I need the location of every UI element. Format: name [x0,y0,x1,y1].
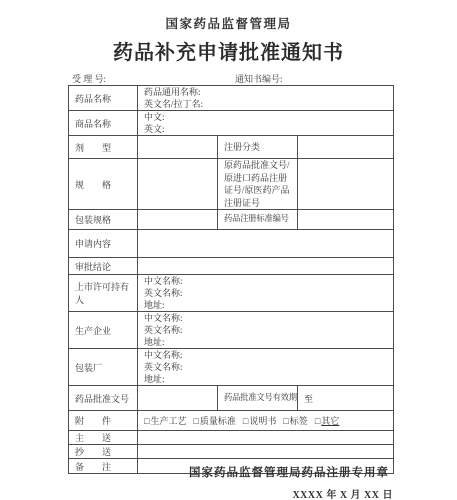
plant-english-name-label: 英文名称: [144,361,391,373]
attachments-cell: □生产工艺□质量标准□说明书□标签□其它 [138,411,394,431]
dosage-form-value-cell [138,136,218,159]
row-main-delivery: 主 送 [69,431,394,445]
row-attachments: 附 件 □生产工艺□质量标准□说明书□标签□其它 [69,411,394,431]
meta-row: 受 理 号: 通知书编号: [68,72,393,85]
row-trade-name: 商品名称 中文: 英文: [69,111,394,136]
attachment-item-production-process: □生产工艺 [144,416,186,426]
row-approval-number: 药品批准文号 药品批准文号有效期 至 [69,386,394,411]
row-drug-name: 药品名称 药品通用名称: 英文名/拉丁名: [69,86,394,111]
english-latin-name-label: 英文名/拉丁名: [144,98,391,110]
specification-value-cell [138,159,218,210]
row-manufacturer: 生产企业 中文名称: 英文名称: 地址: [69,312,394,349]
plant-chinese-name-label: 中文名称: [144,349,391,361]
notice-number-label: 通知书编号: [235,72,283,85]
document-title: 药品补充申请批准通知书 [0,36,457,65]
issuing-authority: 国家药品监督管理局 [0,14,457,32]
approval-validity-label: 药品批准文号有效期 [218,386,298,411]
checkbox-icon: □ [243,416,248,426]
manufacturer-label: 生产企业 [69,312,138,349]
row-license-holder: 上市许可持有人 中文名称: 英文名称: 地址: [69,275,394,312]
row-dosage-form: 剂 型 注册分类 [69,136,394,159]
remarks-label: 备 注 [69,459,138,474]
row-specification: 规 格 原药品批准文号/原进口药品注册证号/原医药产品注册证号 [69,159,394,210]
attachment-item-instructions: □说明书 [243,416,276,426]
holder-english-name-label: 英文名称: [144,287,391,299]
attachment-label: 质量标准 [200,416,236,426]
license-holder-cell: 中文名称: 英文名称: 地址: [138,275,394,312]
plant-address-label: 地址: [144,373,391,385]
registration-class-label: 注册分类 [218,136,298,159]
approval-number-label: 药品批准文号 [69,386,138,411]
drug-name-cell: 药品通用名称: 英文名/拉丁名: [138,86,394,111]
row-application-content: 申请内容 [69,230,394,258]
attachment-label: 标签 [290,416,308,426]
attachment-item-other: □其它 [315,416,339,426]
row-packaging-plant: 包装厂 中文名称: 英文名称: 地址: [69,349,394,386]
manufacturer-address-label: 地址: [144,336,391,348]
specification-label: 规 格 [69,159,138,210]
trade-name-cell: 中文: 英文: [138,111,394,136]
row-review-conclusion: 审批结论 [69,258,394,275]
attachment-item-quality-standard: □质量标准 [193,416,235,426]
holder-chinese-name-label: 中文名称: [144,275,391,287]
checkbox-icon: □ [315,416,320,426]
application-content-cell [138,230,394,258]
document-page: 国家药品监督管理局 药品补充申请批准通知书 受 理 号: 通知书编号: 药品名称… [0,0,457,500]
checkbox-icon: □ [144,416,149,426]
trade-name-chinese-label: 中文: [144,111,391,123]
registration-class-value-cell [298,136,394,159]
original-numbers-value-cell [298,159,394,210]
copy-delivery-label: 抄 送 [69,445,138,459]
acceptance-number-label: 受 理 号: [72,72,106,85]
holder-address-label: 地址: [144,299,391,311]
checkbox-icon: □ [193,416,198,426]
checkbox-icon: □ [283,416,288,426]
standard-number-value-cell [298,210,394,230]
packaging-plant-label: 包装厂 [69,349,138,386]
registration-seal-line: 国家药品监督管理局药品注册专用章 [189,464,389,480]
standard-number-label: 药品注册标准编号 [218,210,298,230]
trade-name-label: 商品名称 [69,111,138,136]
row-package-spec: 包装规格 药品注册标准编号 [69,210,394,230]
application-content-label: 申请内容 [69,230,138,258]
approval-number-value-cell [138,386,218,411]
trade-name-english-label: 英文: [144,123,391,135]
package-spec-value-cell [138,210,218,230]
attachment-label: 生产工艺 [150,416,186,426]
row-copy-delivery: 抄 送 [69,445,394,459]
manufacturer-english-name-label: 英文名称: [144,324,391,336]
approval-validity-until: 至 [298,386,394,411]
package-spec-label: 包装规格 [69,210,138,230]
license-holder-label: 上市许可持有人 [69,275,138,312]
dosage-form-label: 剂 型 [69,136,138,159]
attachment-label: 其它 [321,416,339,426]
attachment-label: 说明书 [249,416,276,426]
review-conclusion-cell [138,258,394,275]
manufacturer-chinese-name-label: 中文名称: [144,312,391,324]
packaging-plant-cell: 中文名称: 英文名称: 地址: [138,349,394,386]
main-delivery-cell [138,431,394,445]
attachment-item-label: □标签 [283,416,307,426]
original-numbers-label: 原药品批准文号/原进口药品注册证号/原医药产品注册证号 [218,159,298,210]
manufacturer-cell: 中文名称: 英文名称: 地址: [138,312,394,349]
form-table: 药品名称 药品通用名称: 英文名/拉丁名: 商品名称 中文: 英文: 剂 型 注… [68,85,394,474]
drug-name-label: 药品名称 [69,86,138,111]
copy-delivery-cell [138,445,394,459]
attachments-label: 附 件 [69,411,138,431]
review-conclusion-label: 审批结论 [69,258,138,275]
date-line: XXXX 年 X 月 XX 日 [292,486,393,500]
main-delivery-label: 主 送 [69,431,138,445]
generic-name-label: 药品通用名称: [144,86,391,98]
